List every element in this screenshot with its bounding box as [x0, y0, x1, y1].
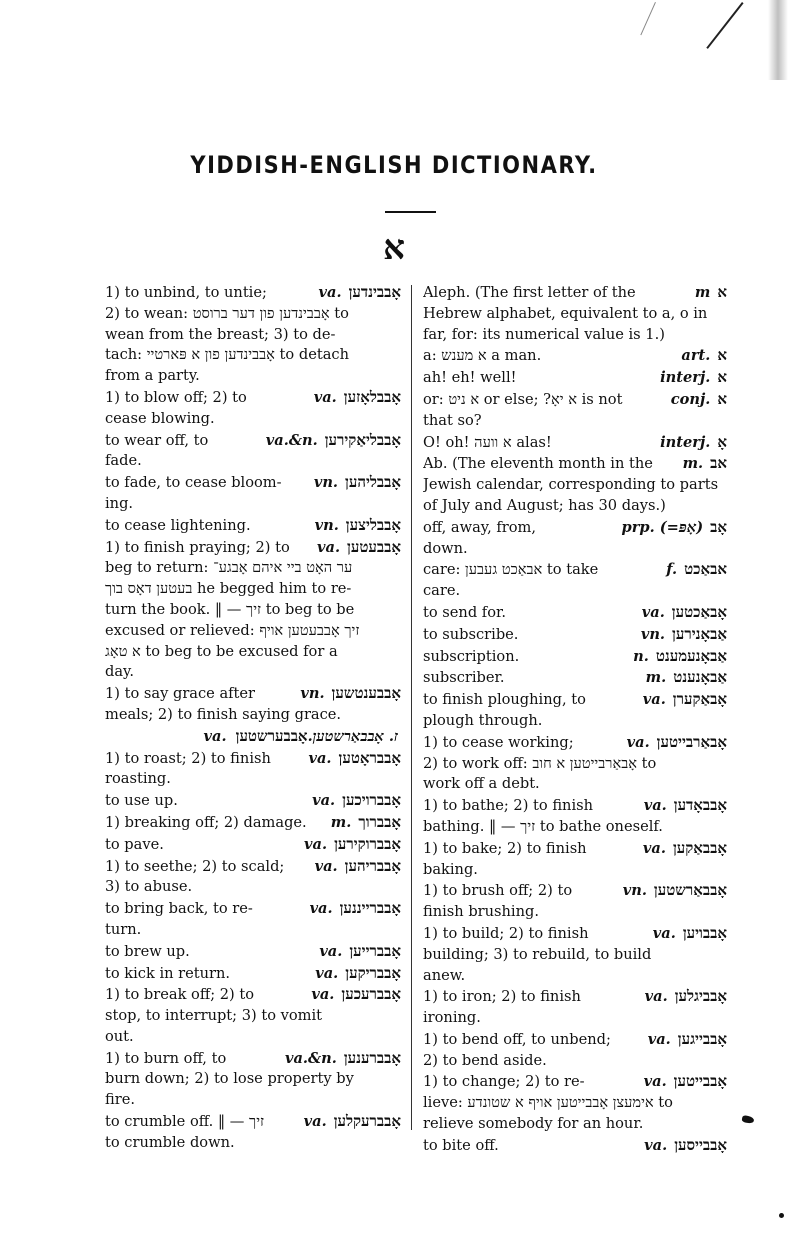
entry-definition: to brew up. — [105, 942, 319, 963]
part-of-speech: va. — [311, 986, 334, 1003]
entry-first-line: off, away, from,prp. (=אָפּ)אָב — [423, 517, 727, 539]
yiddish-headword: אָבבריקען — [345, 964, 401, 982]
part-of-speech: va. — [642, 604, 665, 621]
entry-definition: 1) to build; 2) to finish — [423, 924, 653, 945]
entry-first-line: to cease lightening.vn.אָבבליצען — [105, 515, 401, 537]
entry-continuation-line: down. — [423, 539, 727, 560]
page-title: YIDDISH-ENGLISH DICTIONARY. — [0, 151, 788, 179]
entry-headword-group: va.אָבבינדען — [319, 282, 401, 304]
entry-continuation-line: care. — [423, 581, 727, 602]
part-of-speech: f. — [666, 561, 677, 578]
entry-continuation-line: anew. — [423, 966, 727, 987]
yiddish-headword: אבאַכט — [684, 560, 727, 578]
entry-definition: 1) to finish praying; 2) to — [105, 538, 317, 559]
entry-first-line: 1) breaking off; 2) damage.m.אָבברוך — [105, 812, 401, 834]
entry-first-line: to use up.va.אָבברויכען — [105, 790, 401, 812]
dictionary-entry: 1) to finish praying; 2) tova.אָבבעטעןbe… — [105, 537, 401, 684]
entry-continuation-line: bathing. ‖ — זיך to bathe oneself. — [423, 817, 727, 838]
entry-definition: 1) to brush off; 2) to — [423, 881, 623, 902]
entry-headword-group: va.אָבברעכען — [311, 984, 401, 1006]
entry-definition: to crumble off. ‖ — זיך — [105, 1112, 304, 1133]
entry-definition: 1) to bathe; 2) to finish — [423, 796, 644, 817]
part-of-speech: va. — [644, 797, 667, 814]
entry-first-line: subscriber.m.אַבאָנענט — [423, 667, 727, 689]
entry-first-line: to wear off, tova.&n.אָבבליאַקירען — [105, 430, 401, 452]
entry-continuation-line: burn down; 2) to lose property by — [105, 1069, 401, 1090]
part-of-speech: va. — [315, 858, 338, 875]
part-of-speech: n. — [633, 648, 649, 665]
part-of-speech: va. — [627, 734, 650, 751]
part-of-speech: va.&n. — [285, 1050, 337, 1067]
yiddish-headword: אָבברוקירען — [334, 835, 401, 853]
entry-continuation-line: 2) to wean: אָבבינדען פון דער ברוסט to — [105, 304, 401, 325]
entry-headword-group: va.&n.אָבבליאַקירען — [266, 430, 401, 452]
yiddish-headword: א — [717, 346, 727, 364]
part-of-speech: vn. — [623, 882, 647, 899]
yiddish-headword: אָבבאָדען — [674, 796, 727, 814]
part-of-speech: m. — [331, 814, 352, 831]
entry-first-line: 1) to brush off; 2) tovn.אָבבאַרשטען — [423, 880, 727, 902]
entry-headword-group: va.אָבבויען — [653, 923, 727, 945]
dictionary-entry: to send for.va.אָבאַכטען — [423, 602, 727, 624]
entry-first-line: 1) to roast; 2) to finishva.אָבבראָטען — [105, 748, 401, 770]
entry-headword-group: f.אבאַכט — [666, 559, 727, 581]
entry-definition: to fade, to cease bloom- — [105, 473, 314, 494]
entry-continuation-line: א טאָג to beg to be excused for a — [105, 642, 401, 663]
yiddish-headword: אָבאַקערן — [673, 690, 727, 708]
entry-definition: 1) to iron; 2) to finish — [423, 987, 645, 1008]
dictionary-entry: care: אבאַכט געבען to takef.אבאַכטcare. — [423, 559, 727, 602]
yiddish-headword: אָבבאַרשטען — [654, 881, 727, 899]
entry-first-line: to subscribe.vn.אַבאָנירען — [423, 624, 727, 646]
entry-headword-group: va.אָבאַכטען — [642, 602, 727, 624]
dictionary-entry: 1) to change; 2) to re-va.אָבבייטעןlieve… — [423, 1071, 727, 1134]
dictionary-entry: 1) to seethe; 2) to scald;va.אָבבריהען3)… — [105, 856, 401, 899]
right-column: Aleph. (The first letter of themאHebrew … — [423, 282, 727, 1157]
part-of-speech: va. — [315, 965, 338, 982]
entry-continuation-line: fade. — [105, 451, 401, 472]
entry-first-line: O! oh! א וועה alas!interj.אָ — [423, 432, 727, 454]
entry-first-line: or: א ניט or else; ?א יאָ is notconj.א — [423, 389, 727, 411]
yiddish-headword: אָבבייטען — [674, 1072, 727, 1090]
yiddish-headword: א — [717, 390, 727, 408]
entry-headword-group: interj.א — [660, 367, 727, 389]
dictionary-entry: to use up.va.אָבברויכען — [105, 790, 401, 812]
entry-first-line: a: א מענש a man.art.א — [423, 345, 727, 367]
entry-definition: Aleph. (The first letter of the — [423, 283, 695, 304]
entry-definition: to bring back, to re- — [105, 899, 310, 920]
dictionary-entry: 1) to break off; 2) tova.אָבברעכעןstop, … — [105, 984, 401, 1047]
entry-first-line: 1) to finish praying; 2) tova.אָבבעטען — [105, 537, 401, 559]
entry-definition: to finish ploughing, to — [423, 690, 643, 711]
entry-definition: to pave. — [105, 835, 304, 856]
entry-first-line: to bring back, to re-va.אָבברייננען — [105, 898, 401, 920]
yiddish-headword: אָבברעקלען — [334, 1112, 401, 1130]
dictionary-entry: 1) to blow off; 2) tova.אָבבלאָזעןcease … — [105, 387, 401, 430]
entry-continuation-line: Jewish calendar, corresponding to parts — [423, 475, 727, 496]
entry-headword-group: va.אָבבייגען — [648, 1029, 727, 1051]
entry-continuation-line: building; 3) to rebuild, to build — [423, 945, 727, 966]
yiddish-headword: אָבבייגען — [678, 1030, 727, 1048]
part-of-speech: va. — [648, 1031, 671, 1048]
entry-continuation-line: from a party. — [105, 366, 401, 387]
entry-headword-group: va.אָבבריקען — [315, 963, 401, 985]
part-of-speech: va. — [645, 988, 668, 1005]
entry-headword-group: va.&n.אָבברענען — [285, 1048, 401, 1070]
entry-definition: 1) to break off; 2) to — [105, 985, 311, 1006]
entry-continuation-line: turn. — [105, 920, 401, 941]
entry-headword-group: va.אָבברעקלען — [304, 1111, 401, 1133]
yiddish-headword: אָבבאַקען — [673, 839, 727, 857]
part-of-speech: art. — [681, 347, 710, 364]
part-of-speech: prp. (=אָפּ) — [622, 519, 704, 536]
entry-first-line: subscription.n.אַבאָנעמענט — [423, 646, 727, 668]
part-of-speech: va. — [304, 1113, 327, 1130]
yiddish-headword: אב — [710, 454, 727, 472]
part-of-speech: va. — [644, 1073, 667, 1090]
dictionary-entry: 1) to say grace aftervn.אָבבענטשעןmeals;… — [105, 683, 401, 726]
part-of-speech: va. — [314, 389, 337, 406]
entry-headword-group: va.אָבאַרבייטען — [627, 732, 727, 754]
pointing-hand-mark — [741, 1115, 754, 1124]
entry-continuation-line: stop, to interrupt; 3) to vomit — [105, 1006, 401, 1027]
entry-definition: off, away, from, — [423, 518, 622, 539]
entry-first-line: to send for.va.אָבאַכטען — [423, 602, 727, 624]
yiddish-headword: אָבאַכטען — [672, 603, 727, 621]
dictionary-entry: to crumble off. ‖ — זיךva.אָבברעקלעןto c… — [105, 1111, 401, 1154]
entry-first-line: 1) to burn off, tova.&n.אָבברענען — [105, 1048, 401, 1070]
entry-definition: 1) breaking off; 2) damage. — [105, 813, 331, 834]
entry-first-line: 1) to say grace aftervn.אָבבענטשען — [105, 683, 401, 705]
part-of-speech: va. — [312, 792, 335, 809]
entry-definition: to subscribe. — [423, 625, 641, 646]
entry-headword-group: prp. (=אָפּ)אָב — [622, 517, 728, 539]
entry-first-line: to brew up.va.אָבברייען — [105, 941, 401, 963]
column-divider — [411, 285, 412, 1130]
entry-first-line: care: אבאַכט געבען to takef.אבאַכט — [423, 559, 727, 581]
part-of-speech: vn. — [315, 517, 339, 534]
entry-headword-group: va.אָבבריהען — [315, 856, 401, 878]
entry-headword-group: va.אָבבייסען — [644, 1135, 727, 1157]
part-of-speech: interj. — [660, 434, 710, 451]
entry-first-line: 1) to bake; 2) to finishva.אָבבאַקען — [423, 838, 727, 860]
entry-continuation-line: turn the book. ‖ — זיך to beg to be — [105, 600, 401, 621]
part-of-speech: va. — [319, 943, 342, 960]
entry-headword-group: m.אָבברוך — [331, 812, 401, 834]
part-of-speech: va. — [643, 691, 666, 708]
ink-dot-mark — [779, 1213, 784, 1218]
entry-headword-group: art.א — [681, 345, 727, 367]
entry-definition: to kick in return. — [105, 964, 315, 985]
entry-first-line: to crumble off. ‖ — זיךva.אָבברעקלען — [105, 1111, 401, 1133]
entry-first-line: to finish ploughing, tova.אָבאַקערן — [423, 689, 727, 711]
entry-headword-group: m.אַבאָנענט — [646, 667, 727, 689]
entry-definition: to cease lightening. — [105, 516, 315, 537]
dictionary-entry: a: א מענש a man.art.א — [423, 345, 727, 367]
dictionary-entry: 1) breaking off; 2) damage.m.אָבברוך — [105, 812, 401, 834]
entry-first-line: 1) to break off; 2) tova.אָבברעכען — [105, 984, 401, 1006]
dictionary-entry: to cease lightening.vn.אָבבליצען — [105, 515, 401, 537]
dictionary-entry: 1) to cease working;va.אָבאַרבייטען2) to… — [423, 732, 727, 795]
dictionary-entry: to finish ploughing, tova.אָבאַקערןploug… — [423, 689, 727, 732]
entry-first-line: 1) to bathe; 2) to finishva.אָבבאָדען — [423, 795, 727, 817]
entry-definition: 1) to say grace after — [105, 684, 300, 705]
entry-continuation-line: plough through. — [423, 711, 727, 732]
part-of-speech: m — [695, 284, 710, 301]
entry-headword-group: n.אַבאָנעמענט — [633, 646, 727, 668]
entry-continuation-line: out. — [105, 1027, 401, 1048]
left-column: 1) to unbind, to untie;va.אָבבינדען2) to… — [105, 282, 401, 1154]
entry-headword-group: va.אָבברוקירען — [304, 834, 401, 856]
dictionary-entry: to bring back, to re-va.אָבברייננעןturn. — [105, 898, 401, 941]
entry-definition: 1) to unbind, to untie; — [105, 283, 319, 304]
dictionary-entry: to fade, to cease bloom-vn.אָבבליהעןing. — [105, 472, 401, 515]
title-rule — [385, 211, 436, 213]
entry-definition: O! oh! א וועה alas! — [423, 433, 660, 454]
yiddish-headword: אָבבענטשען — [332, 684, 401, 702]
entry-continuation-line: 2) to work off: אָבאַרבייטען א חוב to — [423, 754, 727, 775]
entry-first-line: 1) to bend off, to unbend;va.אָבבייגען — [423, 1029, 727, 1051]
entry-headword-group: vn.אָבבענטשען — [300, 683, 401, 705]
entry-first-line: ah! eh! well!interj.א — [423, 367, 727, 389]
yiddish-headword: אָבבליהען — [345, 473, 401, 491]
dictionary-entry: 1) to build; 2) to finishva.אָבבויעןbuil… — [423, 923, 727, 986]
dictionary-entry: subscription.n.אַבאָנעמענט — [423, 646, 727, 668]
part-of-speech: vn. — [300, 685, 324, 702]
entry-definition: care: אבאַכט געבען to take — [423, 560, 666, 581]
yiddish-headword: אָבבריהען — [345, 857, 401, 875]
dictionary-entry: 1) to bend off, to unbend;va.אָבבייגען2)… — [423, 1029, 727, 1072]
entry-first-line: 1) to unbind, to untie;va.אָבבינדען — [105, 282, 401, 304]
entry-first-line: 1) to cease working;va.אָבאַרבייטען — [423, 732, 727, 754]
entry-definition: to use up. — [105, 791, 312, 812]
entry-definition: 1) to roast; 2) to finish — [105, 749, 309, 770]
yiddish-headword: אָב — [710, 518, 727, 536]
yiddish-headword: אָבברויכען — [342, 791, 401, 809]
part-of-speech: va. — [310, 900, 333, 917]
entry-headword-group: va.אָבבאָדען — [644, 795, 727, 817]
entry-continuation-line: relieve somebody for an hour. — [423, 1114, 727, 1135]
yiddish-headword: א — [717, 283, 727, 301]
entry-headword-group: va.אָבבעטען — [317, 537, 401, 559]
entry-definition: Ab. (The eleventh month in the — [423, 454, 683, 475]
yiddish-headword: אָבברוך — [358, 813, 401, 831]
part-of-speech: va. — [309, 750, 332, 767]
entry-headword-group: va.אָבאַקערן — [643, 689, 727, 711]
yiddish-headword: אָבאַרבייטען — [657, 733, 727, 751]
dictionary-entry: 1) to bathe; 2) to finishva.אָבבאָדעןbat… — [423, 795, 727, 838]
entry-continuation-line: 3) to abuse. — [105, 877, 401, 898]
entry-continuation-line: far, for: its numerical value is 1.) — [423, 325, 727, 346]
entry-headword-group: vn.אָבבליהען — [314, 472, 401, 494]
entry-first-line: to bite off.va.אָבבייסען — [423, 1135, 727, 1157]
entry-continuation-line: lieve: אימעצן אָבבייטען אויף א שטונדע to — [423, 1093, 727, 1114]
entry-definition: ah! eh! well! — [423, 368, 660, 389]
yiddish-headword: אָבברענען — [344, 1049, 401, 1067]
entry-headword-group: conj.א — [671, 389, 727, 411]
part-of-speech: vn. — [641, 626, 665, 643]
entry-headword-group: vn.אַבאָנירען — [641, 624, 727, 646]
entry-first-line: 1) to change; 2) to re-va.אָבבייטען — [423, 1071, 727, 1093]
entry-headword-group: va.אָבבייטען — [644, 1071, 727, 1093]
yiddish-headword: אָבבערשטען — [236, 727, 308, 745]
entry-headword-group: va.אָבברייען — [319, 941, 401, 963]
dictionary-entry: to wear off, tova.&n.אָבבליאַקירעןfade. — [105, 430, 401, 473]
dictionary-entry: 1) to roast; 2) to finishva.אָבבראָטעןro… — [105, 748, 401, 791]
dictionary-entry: subscriber.m.אַבאָנענט — [423, 667, 727, 689]
scan-artifact-stroke — [706, 2, 743, 49]
entry-definition: 1) to blow off; 2) to — [105, 388, 314, 409]
yiddish-headword: אָ — [717, 433, 727, 451]
entry-first-line: to pave.va.אָבברוקירען — [105, 834, 401, 856]
part-of-speech: va. — [319, 284, 342, 301]
entry-continuation-line: day. — [105, 662, 401, 683]
dictionary-entry: Ab. (The eleventh month in them.אבJewish… — [423, 453, 727, 516]
part-of-speech: va. — [643, 840, 666, 857]
yiddish-headword: אָבבראָטען — [339, 749, 401, 767]
entry-headword-group: m.אב — [683, 453, 727, 475]
yiddish-headword: אָבברייננען — [340, 899, 401, 917]
entry-continuation-line: Hebrew alphabet, equivalent to a, o in — [423, 304, 727, 325]
entry-first-line: 1) to iron; 2) to finishva.אָבביגלען — [423, 986, 727, 1008]
dictionary-entry: to bite off.va.אָבבייסען — [423, 1135, 727, 1157]
yiddish-headword: אָבבייסען — [674, 1136, 727, 1154]
dictionary-entry: va. ז. אָבבאַרשטען.אָבבערשטען — [105, 726, 401, 748]
entry-headword-group: va.אָבבראָטען — [309, 748, 402, 770]
dictionary-entry: 1) to iron; 2) to finishva.אָבביגלעןiron… — [423, 986, 727, 1029]
yiddish-headword: אָבברייען — [349, 942, 401, 960]
dictionary-entry: O! oh! א וועה alas!interj.אָ — [423, 432, 727, 454]
entry-first-line: 1) to seethe; 2) to scald;va.אָבבריהען — [105, 856, 401, 878]
entry-first-line: va. ז. אָבבאַרשטען.אָבבערשטען — [105, 726, 401, 748]
part-of-speech: va. — [653, 925, 676, 942]
dictionary-entry: 1) to bake; 2) to finishva.אָבבאַקעןbaki… — [423, 838, 727, 881]
yiddish-headword: אַבאָנענט — [673, 668, 727, 686]
entry-first-line: to fade, to cease bloom-vn.אָבבליהען — [105, 472, 401, 494]
entry-continuation-line: of July and August; has 30 days.) — [423, 496, 727, 517]
entry-continuation-line: to crumble down. — [105, 1133, 401, 1154]
entry-continuation-line: finish brushing. — [423, 902, 727, 923]
yiddish-headword: אָבברעכען — [341, 985, 401, 1003]
entry-continuation-line: meals; 2) to finish saying grace. — [105, 705, 401, 726]
entry-first-line: to kick in return.va.אָבבריקען — [105, 963, 401, 985]
entry-definition: to bite off. — [423, 1136, 644, 1157]
part-of-speech: va. — [304, 836, 327, 853]
yiddish-headword: אָבבליצען — [346, 516, 401, 534]
entry-definition: 1) to burn off, to — [105, 1049, 285, 1070]
entry-definition: subscriber. — [423, 668, 646, 689]
entry-headword-group: vn.אָבבליצען — [315, 515, 401, 537]
dictionary-entry: Aleph. (The first letter of themאHebrew … — [423, 282, 727, 345]
entry-first-line: Aleph. (The first letter of themא — [423, 282, 727, 304]
entry-continuation-line: excused or relieved: זיך אָבבעטען אויף — [105, 621, 401, 642]
part-of-speech: va. — [317, 539, 340, 556]
entry-headword-group: va.אָבבלאָזען — [314, 387, 401, 409]
entry-continuation-line: בעטען דאָס בוך he begged him to re- — [105, 579, 401, 600]
entry-definition: subscription. — [423, 647, 633, 668]
entry-definition: 1) to bake; 2) to finish — [423, 839, 643, 860]
entry-definition: 1) to seethe; 2) to scald; — [105, 857, 315, 878]
part-of-speech: m. — [646, 669, 667, 686]
entry-continuation-line: wean from the breast; 3) to de- — [105, 325, 401, 346]
section-letter: א — [0, 228, 788, 268]
entry-continuation-line: ing. — [105, 494, 401, 515]
yiddish-headword: אָבבויען — [683, 924, 727, 942]
yiddish-headword: אַבאָנירען — [672, 625, 727, 643]
dictionary-entry: to kick in return.va.אָבבריקען — [105, 963, 401, 985]
dictionary-entry: off, away, from,prp. (=אָפּ)אָבdown. — [423, 517, 727, 560]
yiddish-headword: אָבבלאָזען — [344, 388, 401, 406]
part-of-speech: m. — [683, 455, 704, 472]
entry-continuation-line: 2) to bend aside. — [423, 1051, 727, 1072]
dictionary-entry: or: א ניט or else; ?א יאָ is notconj.אth… — [423, 389, 727, 432]
entry-first-line: 1) to build; 2) to finishva.אָבבויען — [423, 923, 727, 945]
entry-continuation-line: roasting. — [105, 769, 401, 790]
dictionary-entry: ah! eh! well!interj.א — [423, 367, 727, 389]
dictionary-entry: to subscribe.vn.אַבאָנירען — [423, 624, 727, 646]
part-of-speech: interj. — [660, 369, 710, 386]
entry-headword-group: vn.אָבבאַרשטען — [623, 880, 727, 902]
entry-headword-group: va. ז. אָבבאַרשטען.אָבבערשטען — [204, 726, 401, 748]
yiddish-headword: אַבאָנעמענט — [656, 647, 727, 665]
scan-artifact-stroke — [640, 2, 656, 35]
entry-definition: to wear off, to — [105, 431, 266, 452]
yiddish-headword: אָבבעטען — [347, 538, 401, 556]
entry-continuation-line: work off a debt. — [423, 774, 727, 795]
entry-first-line: 1) to blow off; 2) tova.אָבבלאָזען — [105, 387, 401, 409]
entry-headword-group: va.אָבביגלען — [645, 986, 727, 1008]
entry-headword-group: interj.אָ — [660, 432, 727, 454]
dictionary-entry: 1) to unbind, to untie;va.אָבבינדען2) to… — [105, 282, 401, 387]
yiddish-headword: אָבבליאַקירען — [325, 431, 401, 449]
entry-continuation-line: beg to return: ער האָט ביי איהם אָבגע־ — [105, 558, 401, 579]
entry-headword-group: va.אָבברויכען — [312, 790, 401, 812]
entry-continuation-line: baking. — [423, 860, 727, 881]
entry-continuation-line: tach: אָבבינדען פון א פּארטיי to detach — [105, 345, 401, 366]
entry-continuation-line: fire. — [105, 1090, 401, 1111]
entry-continuation-line: that so? — [423, 411, 727, 432]
dictionary-entry: to pave.va.אָבברוקירען — [105, 834, 401, 856]
part-of-speech: va. — [644, 1137, 667, 1154]
entry-definition: 1) to bend off, to unbend; — [423, 1030, 648, 1051]
entry-definition: or: א ניט or else; ?א יאָ is not — [423, 390, 671, 411]
entry-definition: to send for. — [423, 603, 642, 624]
entry-headword-group: va.אָבברייננען — [310, 898, 401, 920]
part-of-speech: conj. — [671, 391, 711, 408]
dictionary-entry: to brew up.va.אָבברייען — [105, 941, 401, 963]
entry-first-line: Ab. (The eleventh month in them.אב — [423, 453, 727, 475]
scan-edge-shadow — [768, 0, 788, 80]
part-of-speech: va.&n. — [266, 432, 318, 449]
dictionary-entry: 1) to brush off; 2) tovn.אָבבאַרשטעןfini… — [423, 880, 727, 923]
yiddish-headword: א — [717, 368, 727, 386]
entry-headword-group: va.אָבבאַקען — [643, 838, 727, 860]
entry-headword-group: mא — [695, 282, 727, 304]
entry-definition: 1) to change; 2) to re- — [423, 1072, 644, 1093]
entry-continuation-line: ironing. — [423, 1008, 727, 1029]
yiddish-headword: אָבבינדען — [349, 283, 401, 301]
yiddish-headword: אָבביגלען — [675, 987, 727, 1005]
entry-definition: a: א מענש a man. — [423, 346, 681, 367]
dictionary-entry: 1) to burn off, tova.&n.אָבברענעןburn do… — [105, 1048, 401, 1111]
entry-definition: 1) to cease working; — [423, 733, 627, 754]
entry-continuation-line: cease blowing. — [105, 409, 401, 430]
part-of-speech: vn. — [314, 474, 338, 491]
